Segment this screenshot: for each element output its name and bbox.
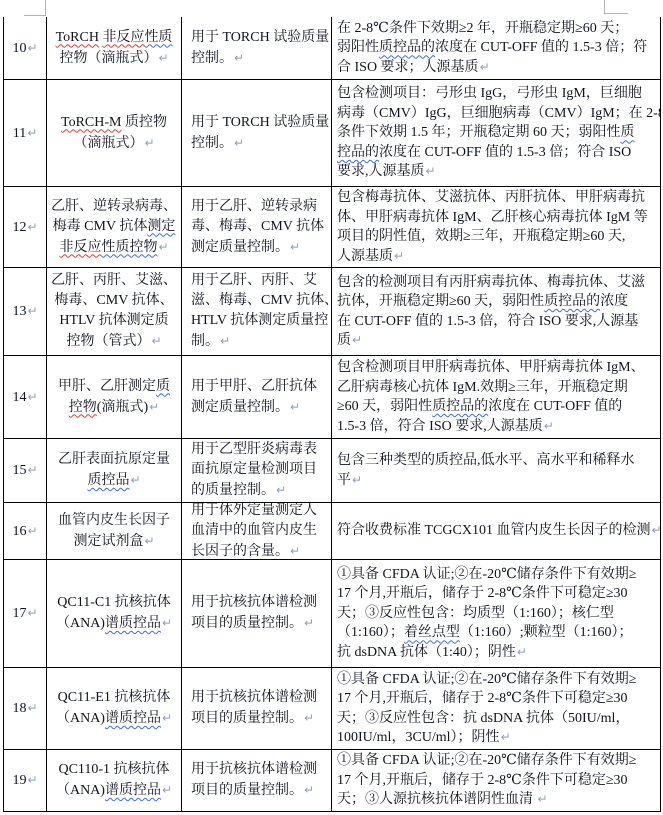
text-line: 控物（滴瓶式）↵ — [49, 48, 179, 69]
description-cell[interactable]: 在 2-8℃条件下效期≥2 年，开瓶稳定期≥60 天；弱阳性质控品的浓度在 CU… — [332, 17, 661, 79]
text-line: 用于甲肝、乙肝抗体 — [191, 377, 327, 397]
text-line: 毒、梅毒、CMV 抗体 — [191, 217, 327, 237]
text-line: 符合收费标准 TCGCX101 血管内皮生长因子的检测↵ — [337, 521, 658, 541]
text-line: 人源基质↵ — [337, 247, 658, 267]
text-line: ①具备 CFDA 认证;②在-20℃储存条件下有效期≥ — [337, 751, 658, 771]
text-line: （滴瓶式）↵ — [49, 133, 179, 154]
text-line: 测定试剂盒↵ — [49, 531, 179, 552]
text-line: ≥60 天，弱阳性质控品的浓度在 CUT-OFF 值的 — [337, 397, 658, 417]
product-name-cell[interactable]: 乙肝、逆转录病毒、梅毒 CMV 抗体测定非反应性质控物↵ — [47, 187, 182, 267]
row-number-cell[interactable]: 12↵ — [3, 187, 47, 267]
text-line: 项目的阴性值，效期≥三年，开瓶稳定期≥60 天, — [337, 227, 658, 247]
paragraph-mark-icon: ↵ — [650, 523, 661, 537]
text-line: 17↵ — [4, 603, 46, 624]
text-line: 控制。↵ — [191, 133, 327, 154]
purpose-cell[interactable]: 用于乙肝、丙肝、艾滋、梅毒、CMV 抗体、HTLV 抗体测定质量控制。↵ — [182, 268, 332, 355]
text-line: 合 ISO 要求；人源基质↵ — [337, 58, 658, 78]
text-line: 19↵ — [4, 770, 46, 791]
row-number-cell[interactable]: 17↵ — [3, 560, 47, 667]
paragraph-mark-icon: ↵ — [148, 400, 159, 414]
text-line: 控物（管式）↵ — [49, 331, 179, 352]
cropped-row-remnant-left-horizontal — [24, 15, 46, 16]
table-row: 19↵QC110-1 抗核抗体（ANA)谱质控品↵用于抗核抗体谱检测项目的质量控… — [3, 750, 661, 812]
text-line: QC11-C1 抗核抗体 — [49, 593, 179, 613]
text-line: 质控品↵ — [49, 470, 179, 491]
paragraph-mark-icon: ↵ — [393, 249, 404, 263]
product-name-cell[interactable]: 甲肝、乙肝测定质控物(滴瓶式)↵ — [47, 356, 182, 438]
paragraph-mark-icon: ↵ — [129, 473, 140, 487]
description-cell[interactable]: 包含检测项目：弓形虫 IgG，弓形虫 IgM，巨细胞病毒（CMV）IgG，巨细胞… — [332, 80, 661, 186]
text-line: 要求,人源基质↵ — [337, 162, 658, 182]
table-row: 14↵甲肝、乙肝测定质控物(滴瓶式)↵用于甲肝、乙肝抗体测定质量控制。↵包含检测… — [3, 356, 661, 439]
product-name-cell[interactable]: QC11-C1 抗核抗体（ANA)谱质控品↵ — [47, 560, 182, 667]
purpose-cell[interactable]: 用于乙肝、逆转录病毒、梅毒、CMV 抗体测定质量控制。↵ — [182, 187, 332, 267]
text-line: 包含检测项目：弓形虫 IgG，弓形虫 IgM，巨细胞 — [337, 84, 658, 104]
product-name-cell[interactable]: QC110-1 抗核抗体（ANA)谱质控品↵ — [47, 750, 182, 811]
text-line: 用于乙肝、丙肝、艾 — [191, 271, 327, 291]
description-cell[interactable]: 包含检测项目甲肝病毒抗体、甲肝病毒抗体 IgM、乙肝病毒核心抗体 IgM.效期≥… — [332, 356, 661, 438]
text-line: 11↵ — [4, 123, 46, 144]
paragraph-mark-icon: ↵ — [150, 334, 161, 348]
table-row: 16↵血管内皮生长因子测定试剂盒↵用于体外定量测定人血清中的血管内皮生长因子的含… — [3, 503, 661, 560]
text-line: 抗体，开瓶稳定期≥60 天，弱阳性质控品的浓度 — [337, 292, 658, 312]
text-line: 用于体外定量测定人 — [191, 503, 327, 521]
cropped-row-remnant-right-horizontal — [604, 13, 628, 14]
text-line: HTLV 抗体测定质量控 — [191, 311, 327, 331]
cropped-row-remnant-left-vertical — [45, 0, 46, 16]
text-line: 10↵ — [4, 38, 46, 59]
text-line: 13↵ — [4, 301, 46, 322]
text-line: 非反应性质控物↵ — [49, 237, 179, 258]
text-line: 用于抗核抗体谱检测 — [191, 593, 327, 613]
row-number-cell[interactable]: 15↵ — [3, 439, 47, 502]
text-line: 用于 TORCH 试验质量 — [191, 113, 327, 133]
text-line: 天；③反应性包含：抗 dsDNA 抗体（50IU/ml， — [337, 709, 658, 729]
paragraph-mark-icon: ↵ — [26, 524, 37, 538]
paragraph-mark-icon: ↵ — [351, 473, 362, 487]
text-line: 血管内皮生长因子 — [49, 511, 179, 531]
document-page: 10↵ToRCH 非反应性质控物（滴瓶式）↵用于 TORCH 试验质量控制。↵在… — [0, 0, 663, 815]
row-number-cell[interactable]: 11↵ — [3, 80, 47, 186]
paragraph-mark-icon: ↵ — [425, 164, 436, 178]
paragraph-mark-icon: ↵ — [161, 711, 172, 725]
paragraph-mark-icon: ↵ — [289, 400, 300, 414]
paragraph-mark-icon: ↵ — [26, 773, 37, 787]
text-line: 体、甲肝病毒抗体 IgM、乙肝核心病毒抗体 IgM 等 — [337, 208, 658, 228]
purpose-cell[interactable]: 用于抗核抗体谱检测项目的质量控制。↵ — [182, 668, 332, 749]
product-name-cell[interactable]: 血管内皮生长因子测定试剂盒↵ — [47, 503, 182, 559]
paragraph-mark-icon: ↵ — [157, 51, 168, 65]
paragraph-mark-icon: ↵ — [543, 419, 554, 433]
text-line: 用于抗核抗体谱检测 — [191, 760, 327, 780]
row-number-cell[interactable]: 19↵ — [3, 750, 47, 811]
description-cell[interactable]: ①具备 CFDA 认证;②在-20℃储存条件下有效期≥17 个月,开瓶后，储存于… — [332, 668, 661, 749]
text-line: 长因子的含量。↵ — [191, 541, 327, 560]
paragraph-mark-icon: ↵ — [537, 792, 548, 806]
description-cell[interactable]: 符合收费标准 TCGCX101 血管内皮生长因子的检测↵ — [332, 503, 661, 559]
text-line: 控物(滴瓶式)↵ — [49, 397, 179, 418]
text-line: 天；③反应性包含：均质型（1:160）；核仁型 — [337, 604, 658, 624]
table-row: 15↵乙肝表面抗原定量质控品↵用于乙型肝炎病毒表面抗原定量检测项目的质量控制。↵… — [3, 439, 661, 503]
text-line: 血清中的血管内皮生 — [191, 521, 327, 541]
text-line: （ANA)谱质控品↵ — [49, 780, 179, 801]
paragraph-mark-icon: ↵ — [161, 783, 172, 797]
text-line: ①具备 CFDA 认证;②在-20℃储存条件下有效期≥ — [337, 670, 658, 690]
description-cell[interactable]: ①具备 CFDA 认证;②在-20℃储存条件下有效期≥17 个月,开瓶后，储存于… — [332, 750, 661, 811]
paragraph-mark-icon: ↵ — [26, 41, 37, 55]
text-line: 1.5-3 倍，符合 ISO 要求,人源基质↵ — [337, 417, 658, 437]
table-row: 11↵ToRCH-M 质控物（滴瓶式）↵用于 TORCH 试验质量控制。↵包含检… — [3, 80, 661, 187]
text-line: 控品的浓度在 CUT-OFF 值的 1.5-3 倍；符合 ISO — [337, 143, 658, 163]
text-line: 15↵ — [4, 460, 46, 481]
text-line: 在 CUT-OFF 值的 1.5-3 倍，符合 ISO 要求,人源基 — [337, 312, 658, 332]
text-line: 乙肝、逆转录病毒、 — [49, 197, 179, 217]
text-line: 弱阳性质控品的浓度在 CUT-OFF 值的 1.5-3 倍；符 — [337, 38, 658, 58]
text-line: ToRCH-M 质控物 — [49, 113, 179, 133]
text-line: 在 2-8℃条件下效期≥2 年，开瓶稳定期≥60 天； — [337, 19, 658, 39]
text-line: 14↵ — [4, 387, 46, 408]
text-line: 条件下效期 1.5 年；开瓶稳定期 60 天；弱阳性质 — [337, 123, 658, 143]
table-row: 17↵QC11-C1 抗核抗体（ANA)谱质控品↵用于抗核抗体谱检测项目的质量控… — [3, 560, 661, 668]
paragraph-mark-icon: ↵ — [479, 60, 490, 74]
paragraph-mark-icon: ↵ — [516, 645, 527, 659]
paragraph-mark-icon: ↵ — [143, 136, 154, 150]
purpose-cell[interactable]: 用于抗核抗体谱检测项目的质量控制。↵ — [182, 560, 332, 667]
paragraph-mark-icon: ↵ — [500, 730, 511, 744]
description-cell[interactable]: ①具备 CFDA 认证;②在-20℃储存条件下有效期≥17 个月,开瓶后，储存于… — [332, 560, 661, 667]
text-line: 包含三种类型的质控品,低水平、高水平和稀释水 — [337, 451, 658, 471]
text-line: ①具备 CFDA 认证;②在-20℃储存条件下有效期≥ — [337, 565, 658, 585]
text-line: QC11-E1 抗核抗体 — [49, 688, 179, 708]
text-line: 测定质量控制。↵ — [191, 237, 327, 258]
text-line: 制。↵ — [191, 331, 327, 352]
text-line: 用于乙肝、逆转录病 — [191, 197, 327, 217]
row-number-cell[interactable]: 14↵ — [3, 356, 47, 438]
paragraph-mark-icon: ↵ — [26, 126, 37, 140]
text-line: 甲肝、乙肝测定质 — [49, 377, 179, 397]
text-line: ToRCH 非反应性质 — [49, 28, 179, 48]
text-line: 用于乙型肝炎病毒表 — [191, 440, 327, 460]
product-name-cell[interactable]: 乙肝表面抗原定量质控品↵ — [47, 439, 182, 502]
paragraph-mark-icon: ↵ — [219, 334, 230, 348]
purpose-cell[interactable]: 用于抗核抗体谱检测项目的质量控制。↵ — [182, 750, 332, 811]
text-line: 17 个月,开瓶后，储存于 2-8℃条件下可稳定≥30 — [337, 771, 658, 791]
row-number-cell[interactable]: 18↵ — [3, 668, 47, 749]
paragraph-mark-icon: ↵ — [289, 240, 300, 254]
paragraph-mark-icon: ↵ — [26, 304, 37, 318]
paragraph-mark-icon: ↵ — [275, 483, 286, 497]
product-name-cell[interactable]: ToRCH 非反应性质控物（滴瓶式）↵ — [47, 17, 182, 79]
purpose-cell[interactable]: 用于甲肝、乙肝抗体测定质量控制。↵ — [182, 356, 332, 438]
paragraph-mark-icon: ↵ — [289, 544, 300, 558]
paragraph-mark-icon: ↵ — [26, 606, 37, 620]
text-line: 17 个月,开瓶后，储存于 2-8℃条件下可稳定≥30 — [337, 584, 658, 604]
text-line: 项目的质量控制。↵ — [191, 780, 327, 801]
row-number-cell[interactable]: 13↵ — [3, 268, 47, 355]
table-row: 12↵乙肝、逆转录病毒、梅毒 CMV 抗体测定非反应性质控物↵用于乙肝、逆转录病… — [3, 187, 661, 268]
description-cell[interactable]: 包含的检测项目有丙肝病毒抗体、梅毒抗体、艾滋抗体，开瓶稳定期≥60 天，弱阳性质… — [332, 268, 661, 355]
text-line: 控制。↵ — [191, 48, 327, 69]
text-line: （ANA)谱质控品↵ — [49, 613, 179, 634]
text-line: 17 个月,开瓶后，储存于 2-8℃条件下可稳定≥30 — [337, 689, 658, 709]
text-line: 12↵ — [4, 217, 46, 238]
paragraph-mark-icon: ↵ — [26, 220, 37, 234]
text-line: 面抗原定量检测项目 — [191, 460, 327, 480]
text-line: 项目的质量控制。↵ — [191, 708, 327, 729]
paragraph-mark-icon: ↵ — [303, 783, 314, 797]
paragraph-mark-icon: ↵ — [157, 240, 168, 254]
product-name-cell[interactable]: 乙肝、丙肝、艾滋、梅毒、CMV 抗体、HTLV 抗体测定质控物（管式）↵ — [47, 268, 182, 355]
text-line: HTLV 抗体测定质 — [49, 311, 179, 331]
purpose-cell[interactable]: 用于体外定量测定人血清中的血管内皮生长因子的含量。↵ — [182, 503, 332, 559]
paragraph-mark-icon: ↵ — [161, 616, 172, 630]
paragraph-mark-icon: ↵ — [26, 390, 37, 404]
paragraph-mark-icon: ↵ — [233, 51, 244, 65]
cropped-row-remnant-right-vertical — [604, 0, 605, 14]
text-line: （ANA)谱质控品↵ — [49, 708, 179, 729]
product-name-cell[interactable]: ToRCH-M 质控物（滴瓶式）↵ — [47, 80, 182, 186]
text-line: 100IU/ml，3CU/ml）；阴性↵ — [337, 728, 658, 748]
text-line: 梅毒 CMV 抗体测定 — [49, 217, 179, 237]
text-line: 测定质量控制。↵ — [191, 397, 327, 418]
text-line: QC110-1 抗核抗体 — [49, 760, 179, 780]
text-line: 病毒（CMV）IgG，巨细胞病毒（CMV）IgM；在 2-8℃ — [337, 104, 658, 124]
text-line: 16↵ — [4, 521, 46, 542]
product-name-cell[interactable]: QC11-E1 抗核抗体（ANA)谱质控品↵ — [47, 668, 182, 749]
text-line: 抗 dsDNA 抗体（1:40）；阴性↵ — [337, 643, 658, 663]
paragraph-mark-icon: ↵ — [26, 463, 37, 477]
table-row: 10↵ToRCH 非反应性质控物（滴瓶式）↵用于 TORCH 试验质量控制。↵在… — [3, 17, 661, 80]
description-cell[interactable]: 包含梅毒抗体、艾滋抗体、丙肝抗体、甲肝病毒抗体、甲肝病毒抗体 IgM、乙肝核心病… — [332, 187, 661, 267]
purpose-cell[interactable]: 用于 TORCH 试验质量控制。↵ — [182, 80, 332, 186]
paragraph-mark-icon: ↵ — [351, 333, 362, 347]
paragraph-mark-icon: ↵ — [26, 701, 37, 715]
text-line: 包含的检测项目有丙肝病毒抗体、梅毒抗体、艾滋 — [337, 273, 658, 293]
text-line: 包含梅毒抗体、艾滋抗体、丙肝抗体、甲肝病毒抗 — [337, 188, 658, 208]
table-row: 13↵乙肝、丙肝、艾滋、梅毒、CMV 抗体、HTLV 抗体测定质控物（管式）↵用… — [3, 268, 661, 356]
text-line: 平↵ — [337, 471, 658, 491]
paragraph-mark-icon: ↵ — [143, 534, 154, 548]
text-line: 滋、梅毒、CMV 抗体、 — [191, 291, 327, 311]
text-line: 乙肝表面抗原定量 — [49, 450, 179, 470]
text-line: 项目的质量控制。↵ — [191, 613, 327, 634]
paragraph-mark-icon: ↵ — [303, 711, 314, 725]
purpose-cell[interactable]: 用于 TORCH 试验质量控制。↵ — [182, 17, 332, 79]
row-number-cell[interactable]: 16↵ — [3, 503, 47, 559]
text-line: 用于抗核抗体谱检测 — [191, 688, 327, 708]
text-line: 的质量控制。↵ — [191, 480, 327, 501]
text-line: 18↵ — [4, 698, 46, 719]
text-line: 乙肝病毒核心抗体 IgM.效期≥三年，开瓶稳定期 — [337, 378, 658, 398]
text-line: 质↵ — [337, 331, 658, 351]
text-line: 乙肝、丙肝、艾滋、 — [49, 271, 179, 291]
description-cell[interactable]: 包含三种类型的质控品,低水平、高水平和稀释水平↵ — [332, 439, 661, 502]
purpose-cell[interactable]: 用于乙型肝炎病毒表面抗原定量检测项目的质量控制。↵ — [182, 439, 332, 502]
text-line: 天；③人源抗核抗体谱阴性血清 ↵ — [337, 790, 658, 810]
text-line: 用于 TORCH 试验质量 — [191, 28, 327, 48]
text-line: 梅毒、CMV 抗体、 — [49, 291, 179, 311]
text-line: （1:160）；着丝点型（1:160）;颗粒型（1:160）； — [337, 623, 658, 643]
text-line: 包含检测项目甲肝病毒抗体、甲肝病毒抗体 IgM、 — [337, 358, 658, 378]
paragraph-mark-icon: ↵ — [233, 136, 244, 150]
row-number-cell[interactable]: 10↵ — [3, 17, 47, 79]
table-row: 18↵QC11-E1 抗核抗体（ANA)谱质控品↵用于抗核抗体谱检测项目的质量控… — [3, 668, 661, 750]
paragraph-mark-icon: ↵ — [303, 616, 314, 630]
qc-products-table: 10↵ToRCH 非反应性质控物（滴瓶式）↵用于 TORCH 试验质量控制。↵在… — [3, 17, 661, 812]
